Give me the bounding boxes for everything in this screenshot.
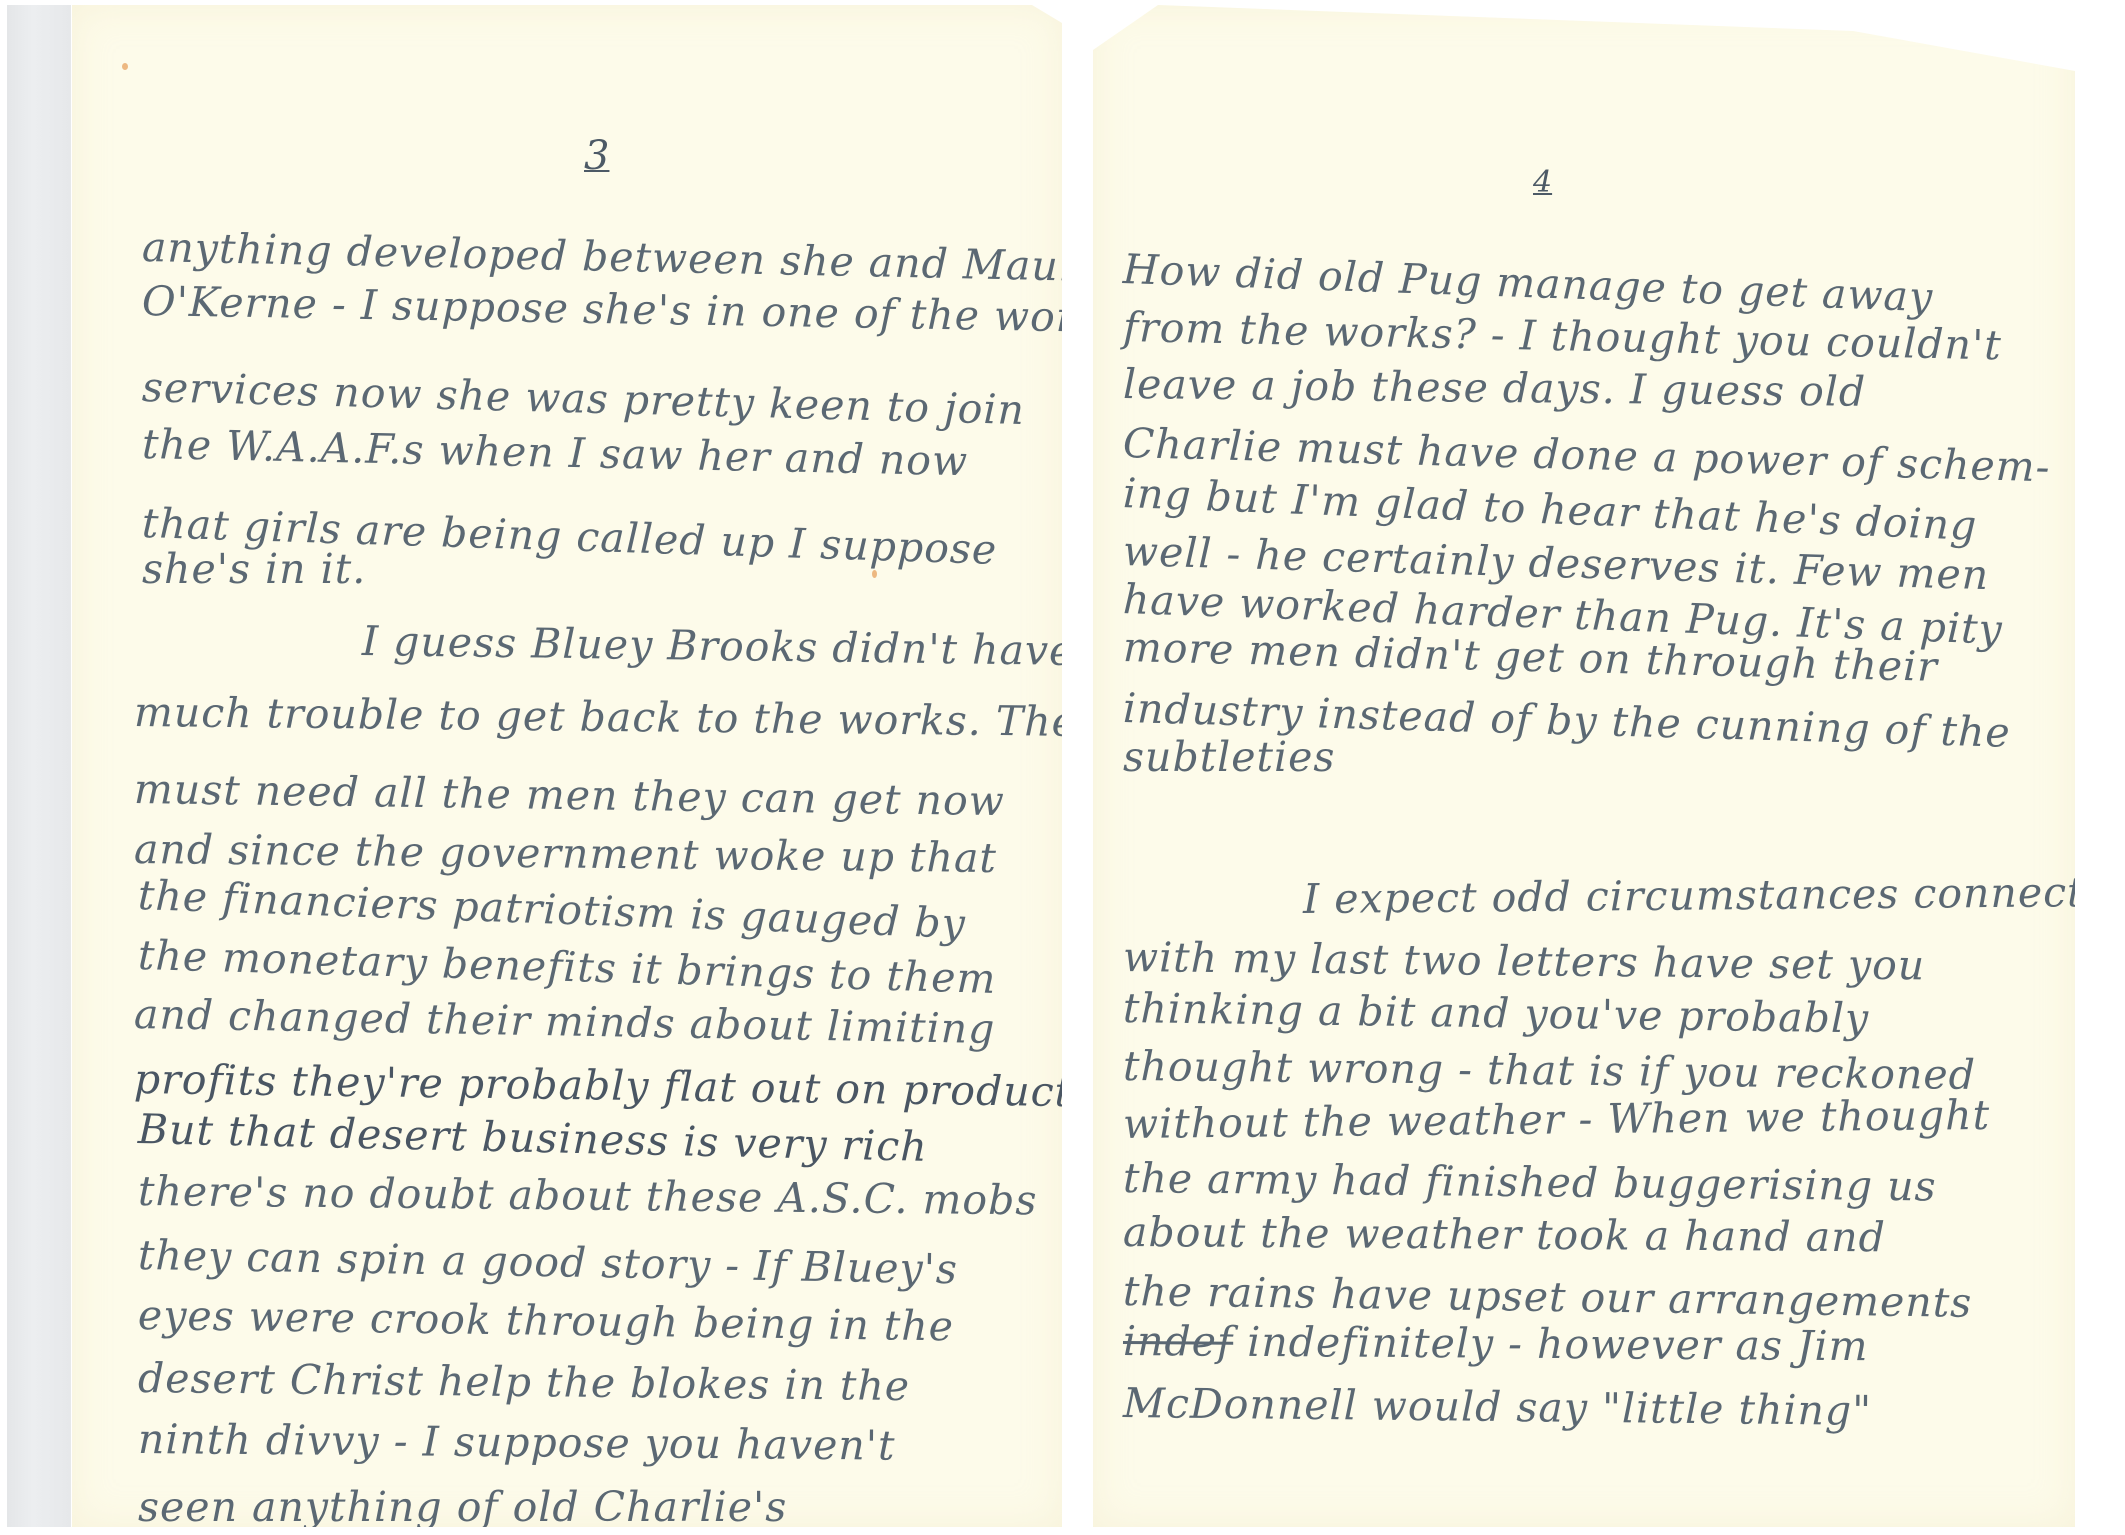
letter-line: subtleties [1123, 733, 1335, 781]
ink-stain [122, 63, 128, 70]
letter-line: leave a job these days. I guess old [1123, 360, 1867, 416]
letter-line: she's in it. [142, 545, 366, 593]
letter-line: there's no doubt about these A.S.C. mobs [138, 1167, 1038, 1224]
letter-line: eyes were crook through being in the [138, 1291, 955, 1350]
letter-page-3: 3 anything developed between she and Mau… [72, 5, 1062, 1527]
struck-word: indef [1123, 1317, 1234, 1366]
letter-page-4: 4 How did old Pug manage to get away fro… [1093, 5, 2075, 1527]
letter-line: But that desert business is very rich [137, 1105, 928, 1171]
ink-stain [872, 570, 877, 578]
letter-line: ... [1243, 1495, 1285, 1535]
letter-line: seen anything of old Charlie's [138, 1483, 787, 1531]
letter-line: McDonnell would say "little thing" [1123, 1379, 1873, 1435]
letter-line: much trouble to get back to the works. T… [134, 688, 1102, 746]
letter-line: the army had finished buggerising us [1123, 1154, 1937, 1211]
page-number: 4 [1533, 165, 1552, 200]
letter-line: must need all the men they can get now [134, 765, 1005, 825]
letter-line: the W.A.A.F.s when I saw her and now [141, 420, 968, 485]
letter-line: with my last two letters have set you [1123, 933, 1926, 989]
letter-line: I expect odd circumstances connected [1303, 868, 2125, 923]
letter-line-text: indefinitely - however as Jim [1247, 1318, 1869, 1370]
letter-line: indef indefinitely - however as Jim [1123, 1317, 1869, 1370]
letter-line: about the weather took a hand and [1123, 1208, 1886, 1261]
letter-line: desert Christ help the blokes in the [138, 1354, 911, 1410]
scanner-edge-strip [7, 5, 71, 1527]
letter-line: ninth divvy - I suppose you haven't [138, 1415, 896, 1470]
page-number: 3 [584, 133, 609, 179]
letter-line: without the weather - When we thought [1123, 1091, 1991, 1148]
letter-line: I guess Bluey Brooks didn't have [362, 617, 1075, 675]
letter-line: and since the government woke up that [134, 825, 997, 882]
letter-line: they can spin a good story - If Bluey's [138, 1231, 959, 1293]
letter-line: and changed their minds about limiting [134, 990, 996, 1053]
letter-line: thought wrong - that is if you reckoned [1123, 1042, 1976, 1099]
letter-line: thinking a bit and you've probably [1123, 984, 1870, 1042]
